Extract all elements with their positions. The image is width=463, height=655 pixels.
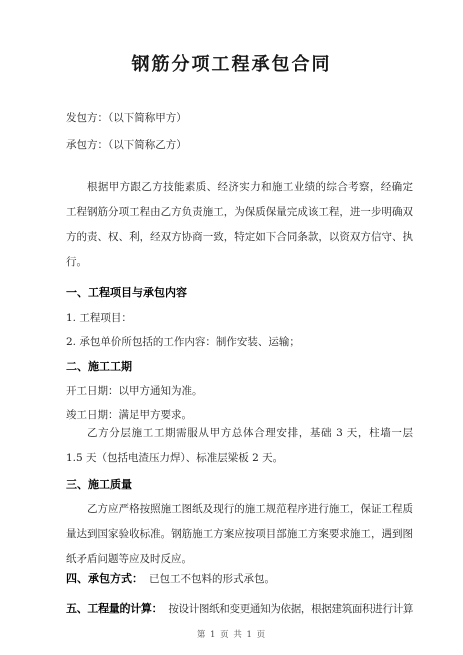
section-1-heading: 一、工程项目与承包内容 xyxy=(66,280,413,305)
section-4-heading: 四、承包方式： xyxy=(66,572,143,585)
section-5-text: 按设计图纸和变更通知为依据，根据建筑面积进行计算，承 xyxy=(168,603,413,615)
party-b-line: 承包方：（以下简称乙方） xyxy=(66,133,413,158)
section-4-line: 四、承包方式：已包工不包料的形式承包。 xyxy=(66,566,413,592)
section-2-heading: 二、施工工期 xyxy=(66,354,413,379)
document-page: 钢筋分项工程承包合同 发包方：（以下简称甲方） 承包方：（以下简称乙方） 根据甲… xyxy=(0,0,463,655)
document-title: 钢筋分项工程承包合同 xyxy=(0,0,463,80)
intro-paragraph: 根据甲方跟乙方技能素质、经济实力和施工业绩的综合考察，经确定 工程钢筋分项工程由… xyxy=(66,175,413,275)
party-a-line: 发包方：（以下简称甲方） xyxy=(66,106,413,131)
document-body: 发包方：（以下简称甲方） 承包方：（以下简称乙方） 根据甲方跟乙方技能素质、经济… xyxy=(0,106,463,622)
section-3-heading: 三、施工质量 xyxy=(66,472,413,497)
page-number-footer: 第 1 页 共 1 页 xyxy=(0,628,463,642)
start-date-line: 开工日期：以甲方通知为准。 xyxy=(66,379,413,404)
section-5-line: 五、工程量的计算：按设计图纸和变更通知为依据，根据建筑面积进行计算，承 xyxy=(66,596,413,622)
section-1-item-1: 1. 工程项目： xyxy=(66,306,413,331)
section-4-text: 已包工不包料的形式承包。 xyxy=(149,573,275,585)
section-1-item-2: 2. 承包单价所包括的工作内容：制作安装、运输； xyxy=(66,330,413,355)
section-5-heading: 五、工程量的计算： xyxy=(66,602,162,615)
quality-paragraph: 乙方应严格按照施工图纸及现行的施工规范程序进行施工，保证工程质量达到国家验收标准… xyxy=(66,497,413,572)
schedule-paragraph: 乙方分层施工工期需服从甲方总体合理安排，基础 3 天，柱墙一层 1.5 天（包括… xyxy=(66,421,413,471)
